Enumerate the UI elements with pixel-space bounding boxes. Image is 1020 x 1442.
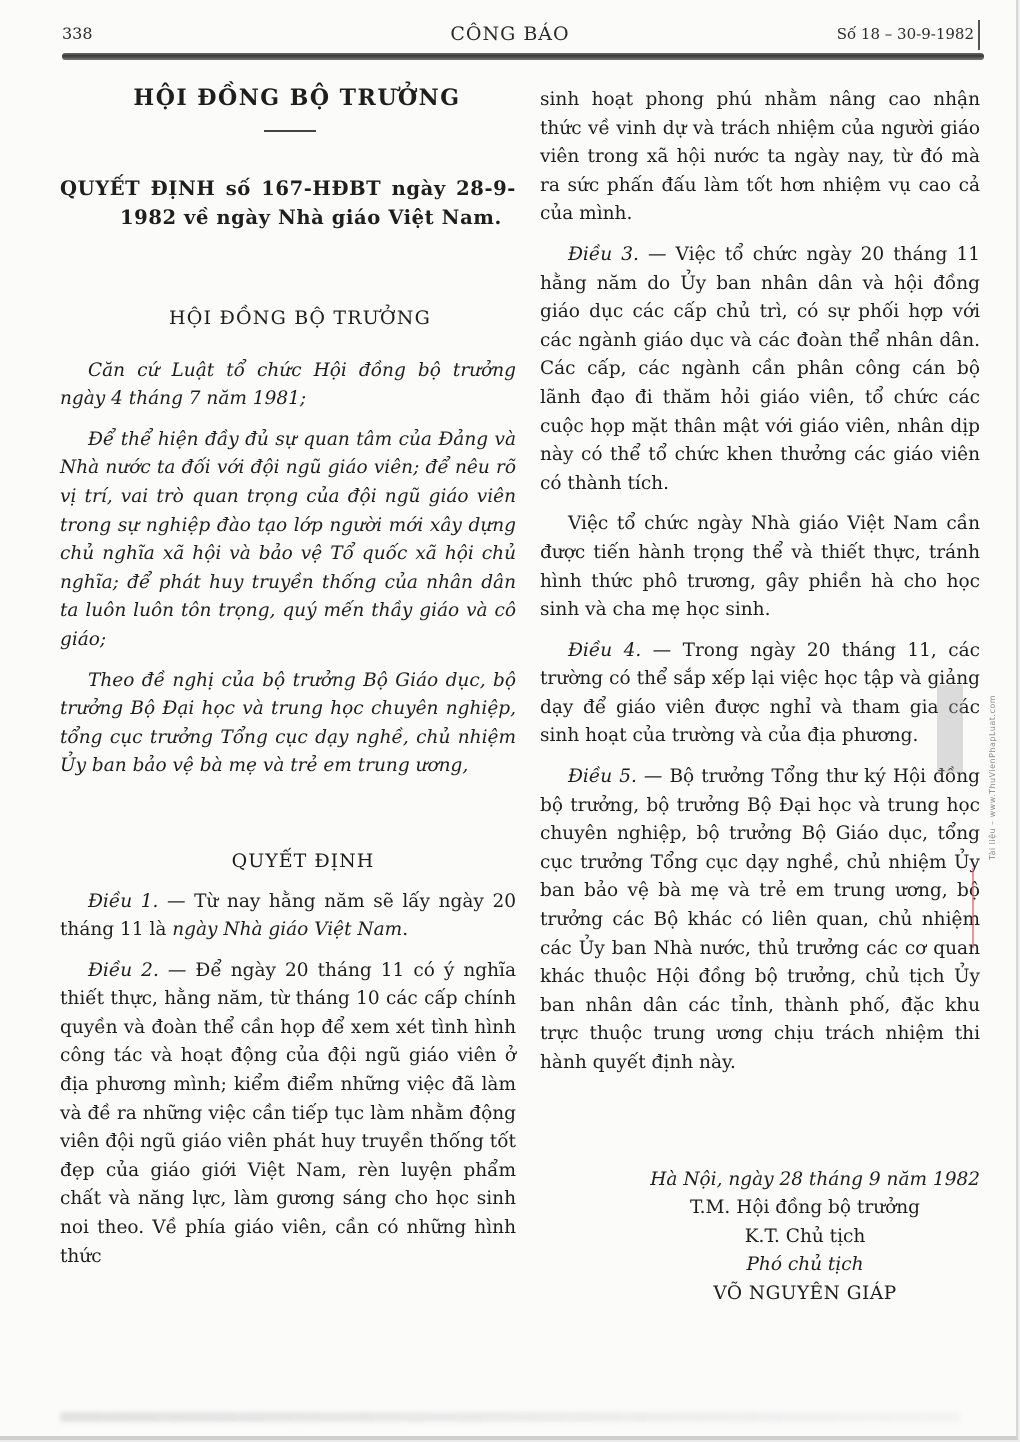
preamble-proposal: Theo đề nghị của bộ trưởng Bộ Giáo dục, … [60,667,516,781]
right-column: sinh hoạt phong phú nhằm nâng cao nhận t… [540,86,980,1309]
signature-on-behalf: T.M. Hội đồng bộ trưởng [540,1194,980,1223]
preamble-legal-basis: Căn cứ Luật tổ chức Hội đồng bộ trưởng n… [60,357,516,414]
article-1-label: Điều 1. — [88,891,185,912]
article-1: Điều 1. — Từ nay hằng năm sẽ lấy ngày 20… [60,888,516,945]
article-4: Điều 4. — Trong ngày 20 tháng 11, các tr… [540,637,980,751]
header-rule [62,53,984,60]
article-2-label: Điều 2. — [88,960,186,981]
article-2: Điều 2. — Để ngày 20 tháng 11 có ý nghĩa… [60,957,516,1272]
margin-watermark: Tài liệu – www.ThuVienPhapLuat.com [988,440,1002,860]
header-edge-mark [978,20,980,50]
scan-red-mark [972,868,980,948]
signature-position: Phó chủ tịch [540,1251,980,1280]
scan-smudge [60,1412,960,1422]
left-column: HỘI ĐỒNG BỘ TRƯỞNG QUYẾT ĐỊNH số 167-HĐB… [60,82,516,1271]
preamble-purpose: Để thể hiện đầy đủ sự quan tâm của Đảng … [60,426,516,655]
article-1-emphasis: ngày Nhà giáo Việt Nam [172,919,402,940]
scan-artifact [937,685,963,773]
issue-info: Số 18 – 30-9-1982 [837,22,974,46]
signature-place-date: Hà Nội, ngày 28 tháng 9 năm 1982 [540,1166,980,1195]
article-2-text: Để ngày 20 tháng 11 có ý nghĩa thiết thự… [60,960,516,1267]
article-5-label: Điều 5. — [568,766,662,787]
article-5-text: Bộ trưởng Tổng thư ký Hội đồng bộ trưởng… [540,766,980,1073]
decide-heading: QUYẾT ĐỊNH [60,847,516,876]
document-page: 338 CÔNG BÁO Số 18 – 30-9-1982 HỘI ĐỒNG … [0,0,1018,1440]
org-title: HỘI ĐỒNG BỘ TRƯỞNG [60,82,516,114]
signature-for-chair: K.T. Chủ tịch [540,1223,980,1252]
article-3: Điều 3. — Việc tổ chức ngày 20 tháng 11 … [540,241,980,498]
article-3-label: Điều 3. — [568,244,666,265]
decision-title: QUYẾT ĐỊNH số 167-HĐBT ngày 28-9-1982 về… [60,174,516,232]
signatory-name: VÕ NGUYÊN GIÁP [540,1280,980,1309]
article-1-end: . [402,919,408,940]
article-4-label: Điều 4. — [568,640,671,661]
title-divider [264,130,316,132]
issuer-heading: HỘI ĐỒNG BỘ TRƯỞNG [60,304,516,333]
article-3-text: Việc tổ chức ngày 20 tháng 11 hằng năm d… [540,244,980,494]
article-5: Điều 5. — Bộ trưởng Tổng thư ký Hội đồng… [540,763,980,1078]
article-3-para-2: Việc tổ chức ngày Nhà giáo Việt Nam cần … [540,510,980,624]
article-2-continued: sinh hoạt phong phú nhằm nâng cao nhận t… [540,86,980,229]
